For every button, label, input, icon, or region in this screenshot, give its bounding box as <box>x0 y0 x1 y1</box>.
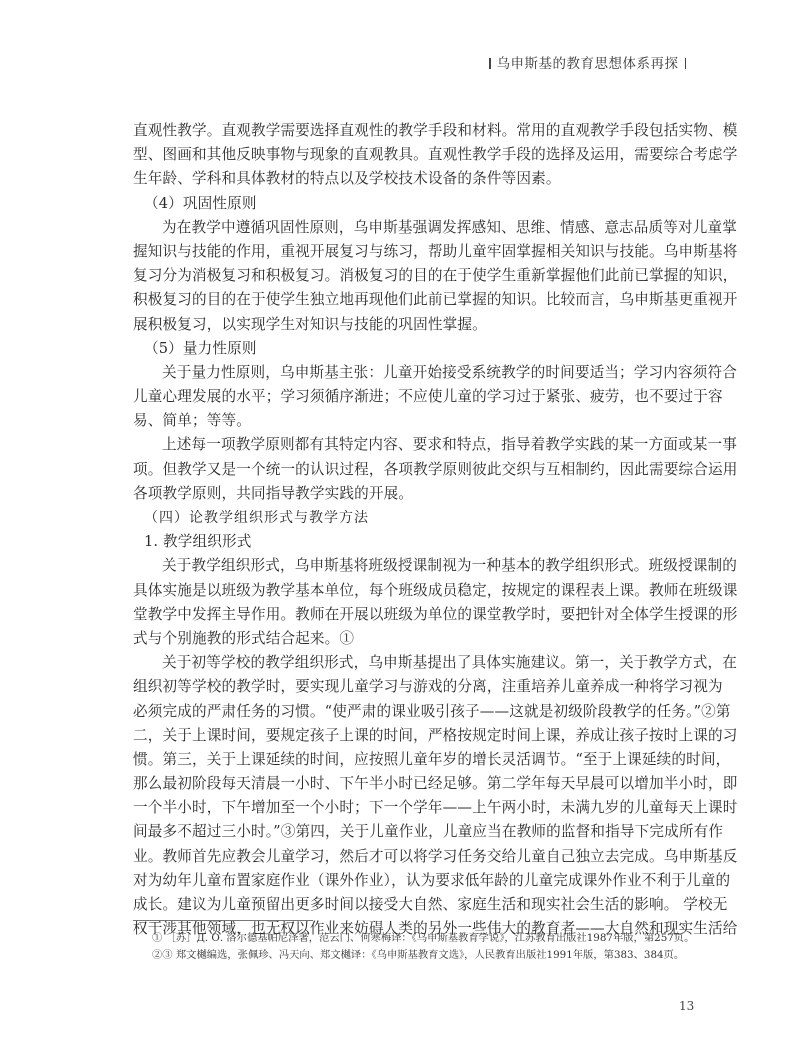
section-heading: （4）巩固性原则 <box>133 192 689 216</box>
paragraph-line: 二，关于上课时间，要规定孩子上课的时间，严格按规定时间上课，养成让孩子按时上课的… <box>133 724 689 748</box>
paragraph-line: 关于量力性原则，乌申斯基主张：儿童开始接受系统教学的时间要适当；学习内容须符合 <box>133 361 689 385</box>
header-bar-right <box>685 58 687 69</box>
paragraph-line: 关于初等学校的教学组织形式，乌申斯基提出了具体实施建议。第一，关于教学方式，在 <box>133 651 689 675</box>
paragraph-line: 必须完成的严肃任务的习惯。“使严肃的课业吸引孩子——这就是初级阶段教学的任务。”… <box>133 700 689 724</box>
paragraph-line: 具体实施是以班级为教学基本单位，每个班级成员稳定，按规定的课程表上课。教师在班级… <box>133 579 689 603</box>
paragraph-line: 生年龄、学科和具体教材的特点以及学校技术设备的条件等因素。 <box>133 167 689 191</box>
paragraph-line: 成长。建议为儿童预留出更多时间以接受大自然、家庭生活和现实社会生活的影响。 学校… <box>133 893 689 917</box>
paragraph-line: 业。教师首先应教会儿童学习，然后才可以将学习任务交给儿童自己独立去完成。乌申斯基… <box>133 845 689 869</box>
paragraph-line: 惯。第三，关于上课延续的时间，应按照儿童年岁的增长灵活调节。“至于上课延续的时间… <box>133 748 689 772</box>
paragraph-line: 型、图画和其他反映事物与现象的直观教具。直观性教学手段的选择及运用，需要综合考虑… <box>133 143 689 167</box>
paragraph-line: 复习分为消极复习和积极复习。消极复习的目的在于使学生重新掌握他们此前已掌握的知识… <box>133 264 689 288</box>
paragraph-line: 展积极复习，以实现学生对知识与技能的巩固性掌握。 <box>133 313 689 337</box>
header-bar-left <box>489 58 491 69</box>
paragraph-line: 各项教学原则，共同指导教学实践的开展。 <box>133 482 689 506</box>
paragraph-line: 为在教学中遵循巩固性原则，乌申斯基强调发挥感知、思维、情感、意志品质等对儿童掌 <box>133 216 689 240</box>
body-text: 直观性教学。直观教学需要选择直观性的教学手段和材料。常用的直观教学手段包括实物、… <box>133 119 689 941</box>
section-heading: （四）论教学组织形式与教学方法 <box>133 506 689 530</box>
section-heading: （5）量力性原则 <box>133 337 689 361</box>
footnotes: ① ［苏］Д. О. 洛尔德基帕尼泽著，范云门、何寒梅译：《乌申斯基教育学说》，… <box>152 930 712 964</box>
page-number: 13 <box>679 999 694 1013</box>
paragraph-line: 间最多不超过三小时。”③第四，关于儿童作业，儿童应当在教师的监督和指导下完成所有… <box>133 820 689 844</box>
paragraph-line: 易、简单；等等。 <box>133 409 689 433</box>
footnote-1: ① ［苏］Д. О. 洛尔德基帕尼泽著，范云门、何寒梅译：《乌申斯基教育学说》，… <box>152 930 712 947</box>
paragraph-line: 上述每一项教学原则都有其特定内容、要求和特点，指导着教学实践的某一方面或某一事 <box>133 433 689 457</box>
paragraph-line: 关于教学组织形式，乌申斯基将班级授课制视为一种基本的教学组织形式。班级授课制的 <box>133 554 689 578</box>
paragraph-line: 一个半小时，下午增加至一个小时；下一个学年——上午两小时，未满九岁的儿童每天上课… <box>133 796 689 820</box>
paragraph-line: 堂教学中发挥主导作用。教师在开展以班级为单位的课堂教学时，要把针对全体学生授课的… <box>133 603 689 627</box>
paragraph-line: 对为幼年儿童布置家庭作业（课外作业），认为要求低年龄的儿童完成课外作业不利于儿童… <box>133 869 689 893</box>
section-heading: 1. 教学组织形式 <box>133 530 689 554</box>
paragraph-line: 那么最初阶段每天清晨一小时、下午半小时已经足够。第二学年每天早晨可以增加半小时，… <box>133 772 689 796</box>
paragraph-line: 儿童心理发展的水平；学习须循序渐进；不应使儿童的学习过于紧张、疲劳，也不要过于容 <box>133 385 689 409</box>
paragraph-line: 组织初等学校的教学时，要实现儿童学习与游戏的分离，注重培养儿童养成一种将学习视为 <box>133 675 689 699</box>
paragraph-line: 直观性教学。直观教学需要选择直观性的教学手段和材料。常用的直观教学手段包括实物、… <box>133 119 689 143</box>
footnote-2-3: ②③ 郑文樾编选，张佩珍、冯天向、郑文樾译：《乌申斯基教育文选》，人民教育出版社… <box>152 947 712 964</box>
footnote-divider <box>133 920 313 921</box>
paragraph-line: 握知识与技能的作用，重视开展复习与练习，帮助儿童牢固掌握相关知识与技能。乌申斯基… <box>133 240 689 264</box>
paragraph-line: 积极复习的目的在于使学生独立地再现他们此前已掌握的知识。比较而言，乌申斯基更重视… <box>133 288 689 312</box>
running-header: 乌申斯基的教育思想体系再探 <box>483 52 692 72</box>
paragraph-line: 式与个别施教的形式结合起来。① <box>133 627 689 651</box>
paragraph-line: 项。但教学又是一个统一的认识过程，各项教学原则彼此交织与互相制约，因此需要综合运… <box>133 458 689 482</box>
running-title: 乌申斯基的教育思想体系再探 <box>497 56 679 72</box>
